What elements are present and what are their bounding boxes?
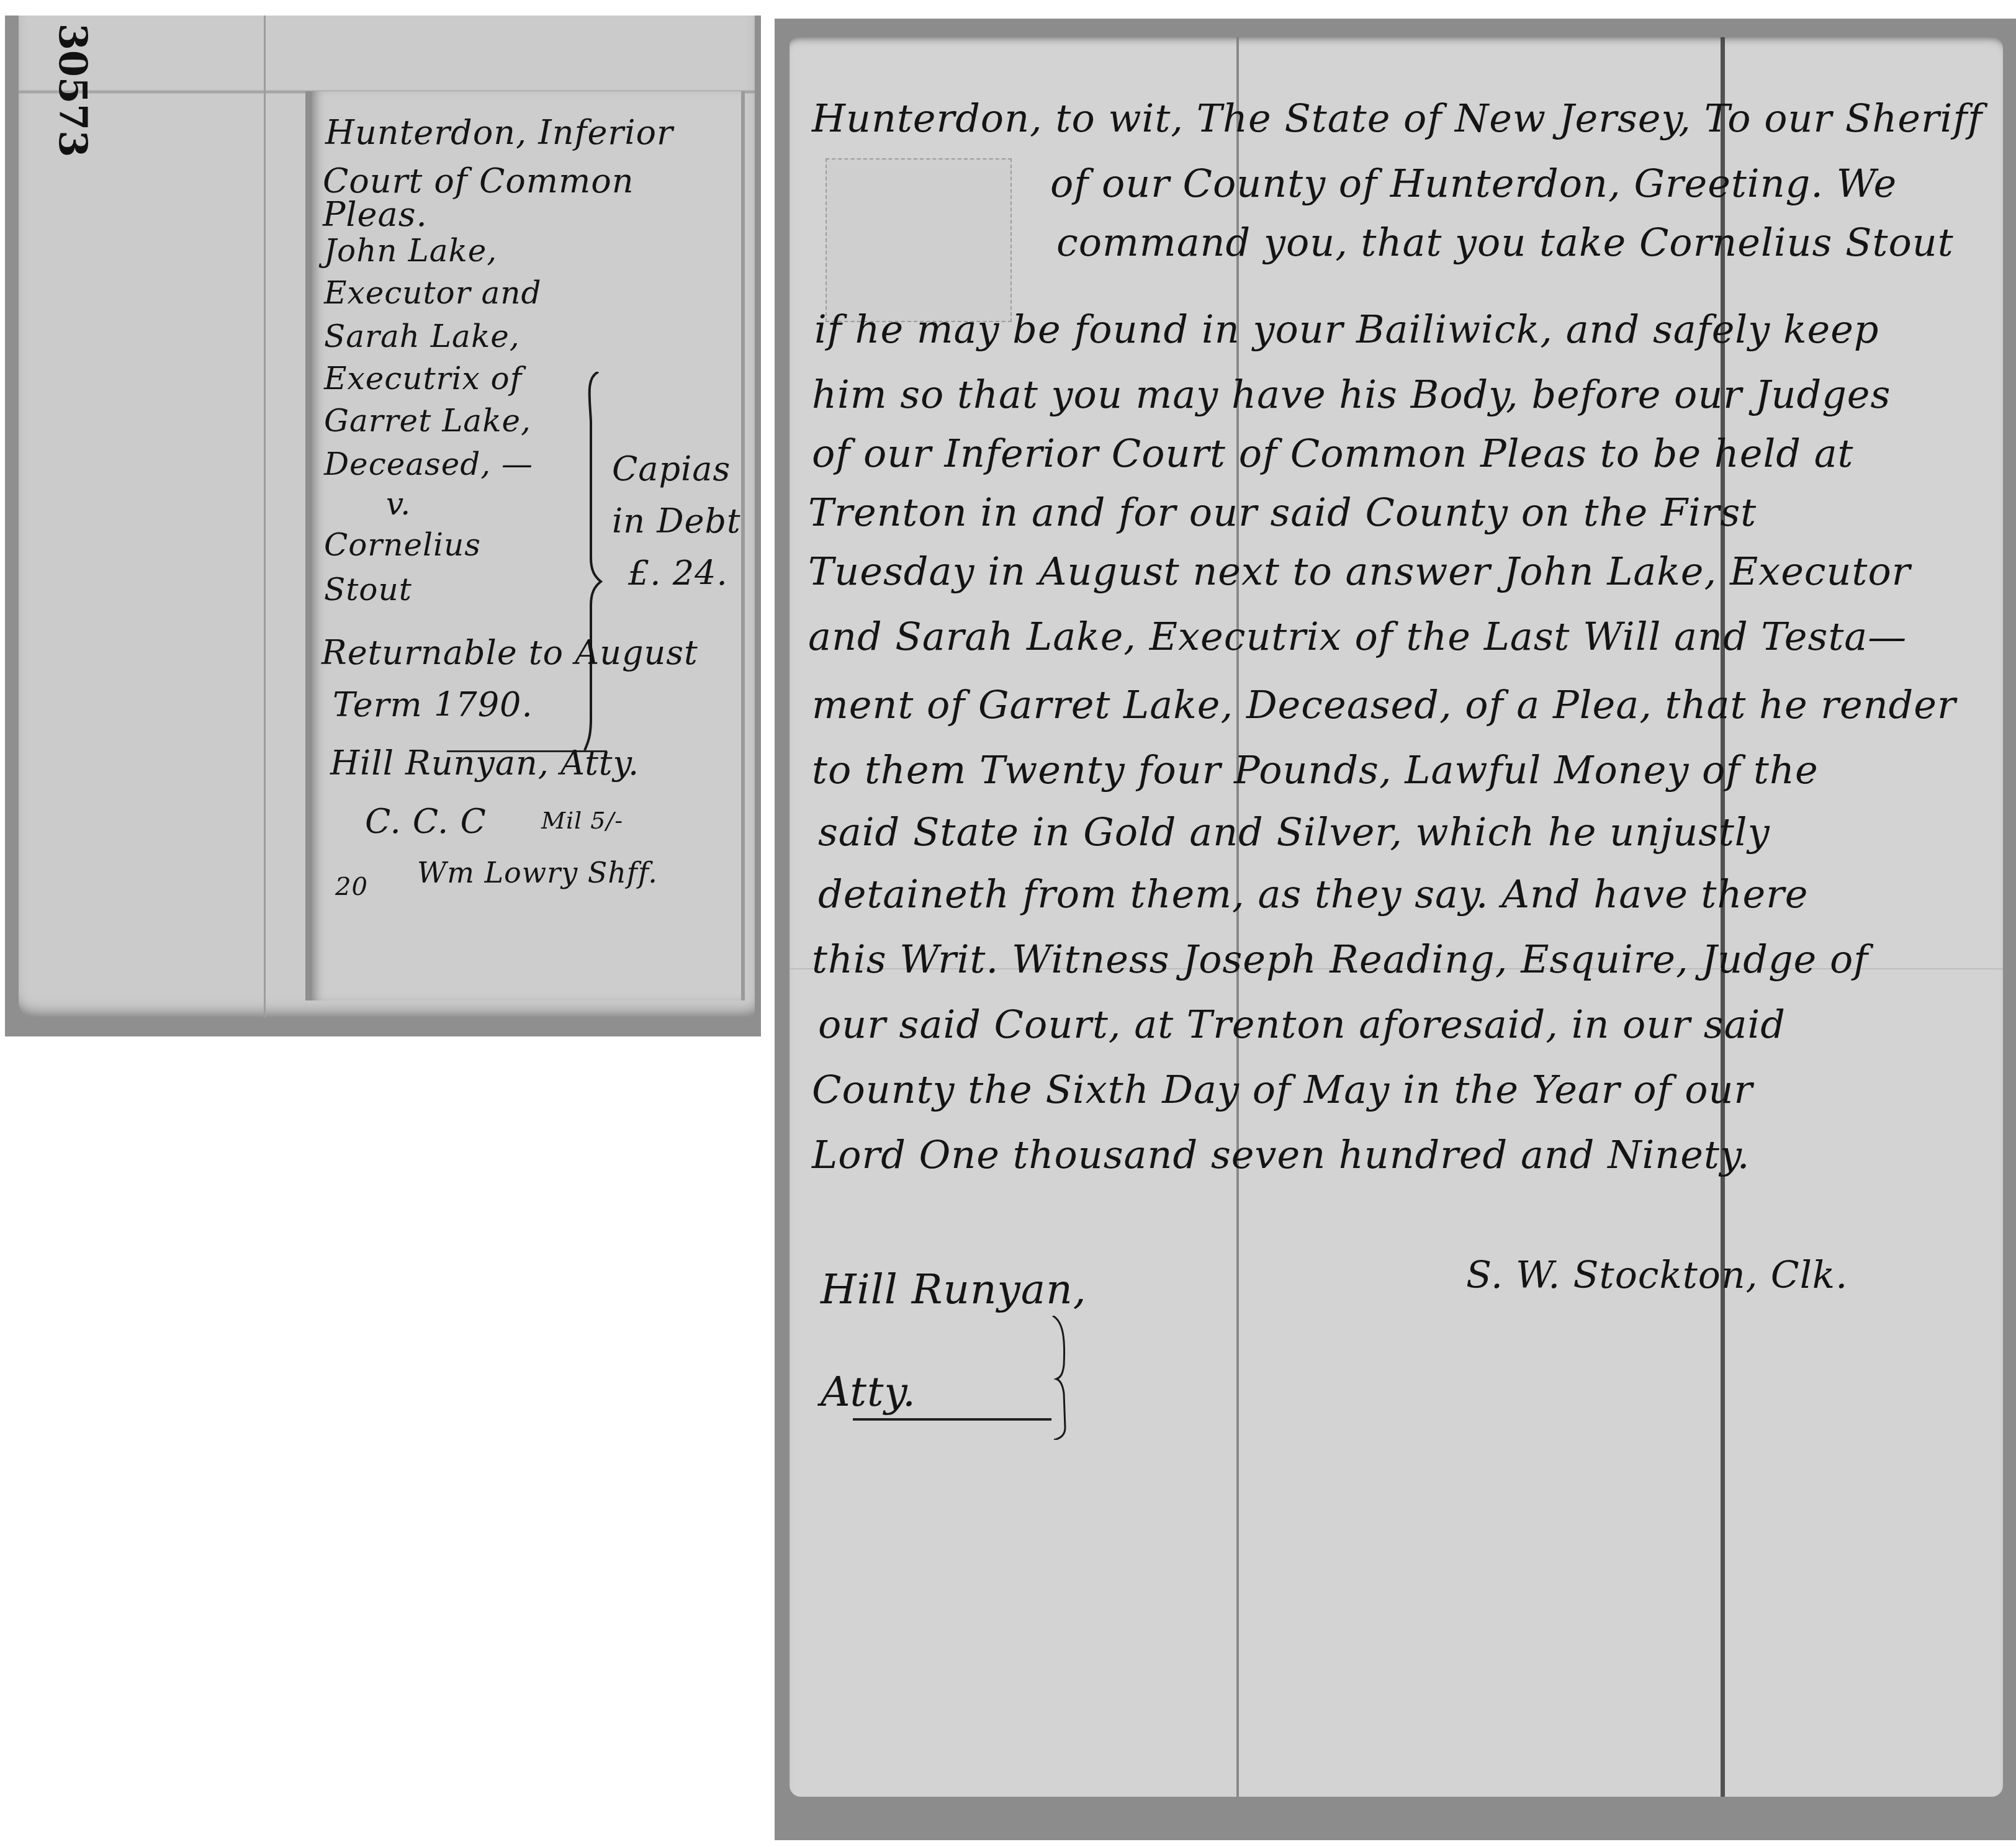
writ-line: Hunterdon, to wit, The State of New Jers… [812, 99, 1982, 138]
party-line: Cornelius [324, 529, 481, 560]
party-line: Sarah Lake, [324, 321, 520, 352]
writ-line: detaineth from them, as they say. And ha… [818, 875, 1808, 914]
writ-line: ment of Garret Lake, Deceased, of a Plea… [812, 686, 1956, 724]
writ-line: if he may be found in your Bailiwick, an… [814, 310, 1879, 349]
fold-line [1721, 37, 1725, 1797]
attorney-title: Atty. [821, 1372, 916, 1413]
party-line: John Lake, [324, 235, 497, 266]
writ-type-line: in Debt [612, 505, 741, 538]
brace-icon [1050, 1316, 1069, 1440]
docket-sheet: 30573 Hunterdon, Inferior Court of Commo… [19, 16, 755, 1018]
writ-line: our said Court, at Trenton aforesaid, in… [818, 1005, 1786, 1044]
party-line: Deceased, — [324, 449, 533, 480]
writ-sheet: Hunterdon, to wit, The State of New Jers… [790, 37, 2003, 1797]
signature-rule [853, 1418, 1051, 1421]
mileage-fee: Mil 5/- [541, 809, 623, 832]
writ-line: him so that you may have his Body, befor… [812, 375, 1891, 414]
party-line: Executrix of [324, 363, 522, 394]
fold-line [1236, 37, 1239, 1797]
writ-line: Lord One thousand seven hundred and Nine… [812, 1136, 1750, 1174]
attorney-signature: Hill Runyan, [821, 1269, 1087, 1310]
endorsement: C. C. C [365, 805, 487, 838]
fold-line [264, 16, 266, 1018]
writ-type-line: Capias [612, 452, 731, 486]
writ-line: to them Twenty four Pounds, Lawful Money… [812, 751, 1819, 789]
writ-line: said State in Gold and Silver, which he … [818, 813, 1770, 852]
archive-stamp: 30573 [55, 28, 92, 152]
sheriff-signature: Wm Lowry Shff. [417, 858, 658, 887]
party-line: Executor and [324, 277, 542, 308]
debt-amount: £. 24. [628, 557, 728, 590]
attorney-line: Hill Runyan, Atty. [330, 747, 639, 780]
party-line: Stout [324, 574, 412, 605]
writ-line: Trenton in and for our said County on th… [808, 493, 1757, 532]
party-line: Garret Lake, [324, 405, 531, 436]
seal-patch [826, 158, 1012, 322]
docket-scan: 30573 Hunterdon, Inferior Court of Commo… [5, 16, 761, 1036]
term-line: Term 1790. [333, 688, 533, 722]
returnable-line: Returnable to August [322, 636, 698, 670]
archive-number: 30573 [51, 23, 96, 157]
court-line-1: Hunterdon, Inferior [325, 116, 673, 150]
writ-line: command you, that you take Cornelius Sto… [1056, 223, 1954, 262]
brace-icon [583, 372, 605, 750]
writ-line: of our County of Hunterdon, Greeting. We [1050, 164, 1897, 203]
writ-line: this Writ. Witness Joseph Reading, Esqui… [812, 940, 1868, 979]
writ-scan: Hunterdon, to wit, The State of New Jers… [775, 19, 2016, 1840]
writ-line: and Sarah Lake, Executrix of the Last Wi… [808, 618, 1907, 656]
writ-line: County the Sixth Day of May in the Year … [812, 1071, 1753, 1109]
folio-number: 20 [335, 874, 368, 899]
clerk-signature: S. W. Stockton, Clk. [1466, 1257, 1848, 1294]
versus-label: v. [386, 488, 411, 519]
docket-panel: Hunterdon, Inferior Court of Common Plea… [305, 91, 745, 1000]
writ-line: Tuesday in August next to answer John La… [808, 552, 1910, 591]
court-line-2: Court of Common Pleas. [323, 164, 741, 231]
writ-line: of our Inferior Court of Common Pleas to… [812, 434, 1854, 473]
